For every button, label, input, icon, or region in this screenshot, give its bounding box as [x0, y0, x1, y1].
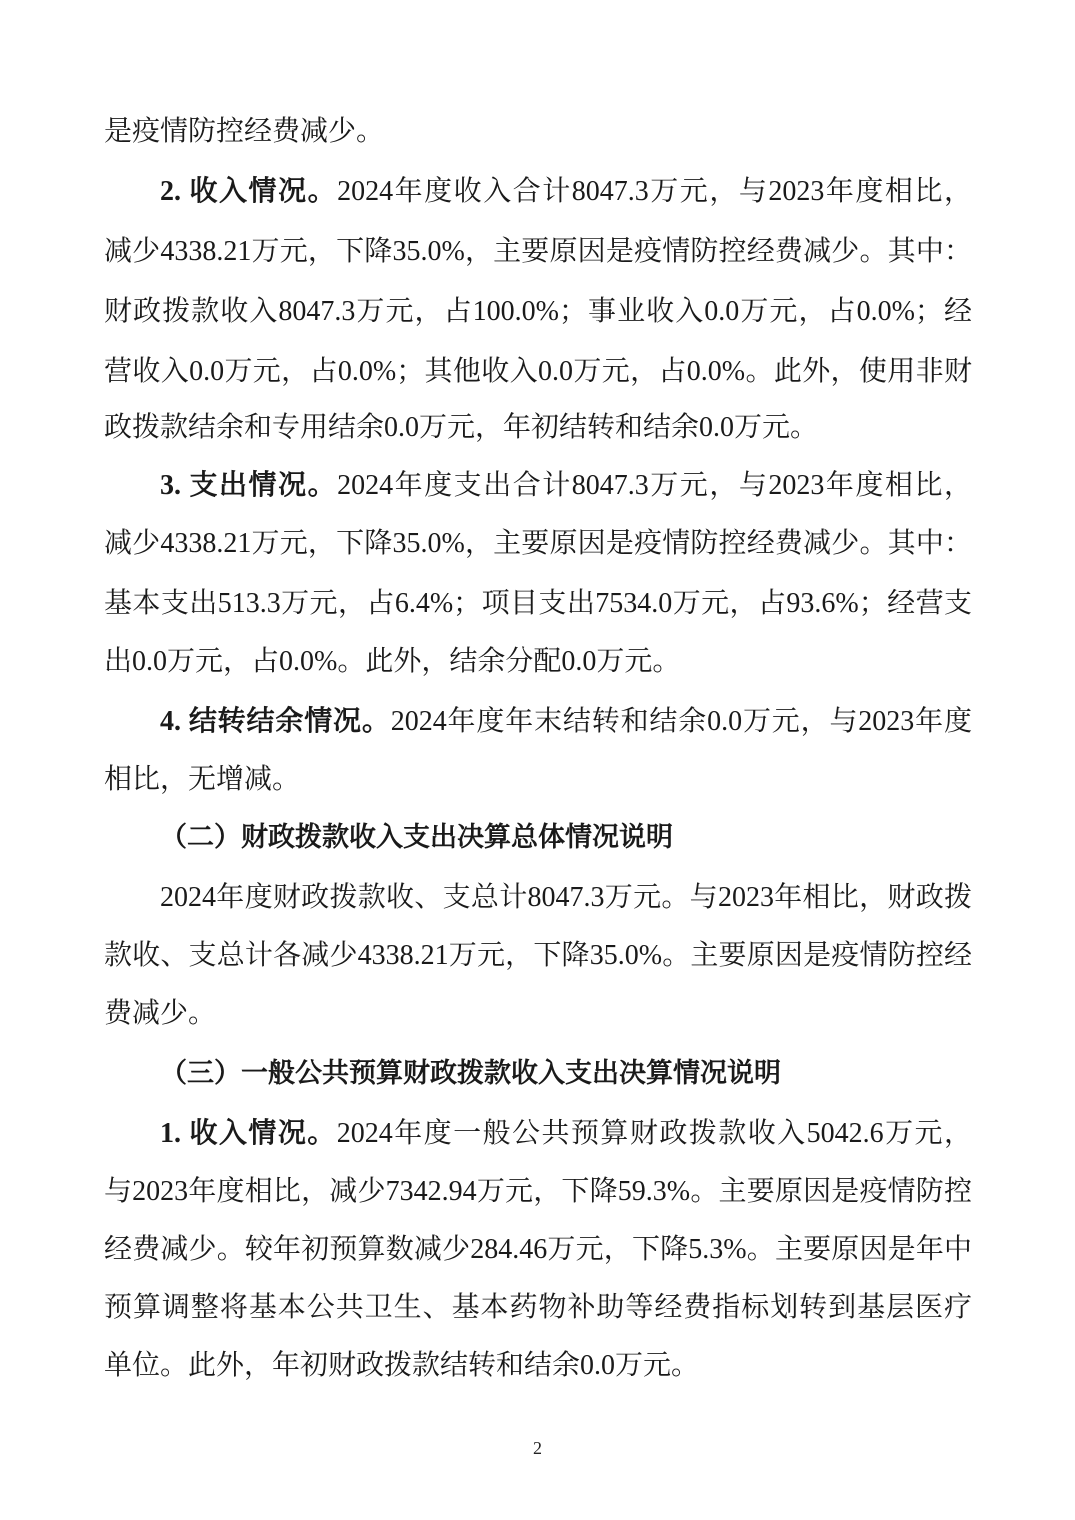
paragraph-line: 与2023年度相比，减少7342.94万元，下降59.3%。主要原因是疫情防控	[104, 1172, 972, 1212]
line-text: 出0.0万元，占0.0%。此外，结余分配0.0万元。	[104, 646, 680, 677]
line-text: 2024年度支出合计8047.3万元，与2023年度相比，	[337, 470, 972, 501]
paragraph-line: 相比，无增减。	[104, 760, 972, 800]
paragraph-line: 减少4338.21万元，下降35.0%，主要原因是疫情防控经费减少。其中：	[104, 232, 972, 272]
line-text: 2024年度年末结转和结余0.0万元，与2023年度	[391, 706, 972, 737]
line-text: 政拨款结余和专用结余0.0万元，年初结转和结余0.0万元。	[104, 412, 818, 443]
line-text: 是疫情防控经费减少。	[104, 116, 384, 147]
paragraph-line: 政拨款结余和专用结余0.0万元，年初结转和结余0.0万元。	[104, 408, 972, 448]
line-text: 款收、支总计各减少4338.21万元，下降35.0%。主要原因是疫情防控经	[104, 940, 972, 971]
section-gpb-income-heading-line: 1. 收入情况。2024年度一般公共预算财政拨款收入5042.6万元，	[160, 1114, 972, 1154]
section-heading-3: （三）一般公共预算财政拨款收入支出决算情况说明	[160, 1054, 781, 1094]
document-page: 是疫情防控经费减少。 2. 收入情况。2024年度收入合计8047.3万元，与2…	[0, 0, 1075, 1520]
item-label-expenditure: 3. 支出情况。	[160, 470, 337, 501]
line-text: 2024年度一般公共预算财政拨款收入5042.6万元，	[337, 1118, 972, 1149]
line-text: 经费减少。较年初预算数减少284.46万元，下降5.3%。主要原因是年中	[104, 1234, 972, 1265]
line-text: 单位。此外，年初财政拨款结转和结余0.0万元。	[104, 1350, 699, 1381]
paragraph-line: 是疫情防控经费减少。	[104, 112, 972, 152]
line-text: 2024年度收入合计8047.3万元，与2023年度相比，	[337, 176, 972, 207]
paragraph-line: 财政拨款收入8047.3万元，占100.0%；事业收入0.0万元，占0.0%；经	[104, 292, 972, 332]
paragraph-line: 减少4338.21万元，下降35.0%，主要原因是疫情防控经费减少。其中：	[104, 524, 972, 564]
line-text: 预算调整将基本公共卫生、基本药物补助等经费指标划转到基层医疗	[104, 1292, 972, 1323]
line-text: 减少4338.21万元，下降35.0%，主要原因是疫情防控经费减少。其中：	[104, 528, 972, 559]
line-text: 与2023年度相比，减少7342.94万元，下降59.3%。主要原因是疫情防控	[104, 1176, 972, 1207]
paragraph-line: 款收、支总计各减少4338.21万元，下降35.0%。主要原因是疫情防控经	[104, 936, 972, 976]
paragraph-line: 单位。此外，年初财政拨款结转和结余0.0万元。	[104, 1346, 972, 1386]
paragraph-line: 出0.0万元，占0.0%。此外，结余分配0.0万元。	[104, 642, 972, 682]
line-text: 营收入0.0万元，占0.0%；其他收入0.0万元，占0.0%。此外，使用非财	[104, 356, 972, 387]
line-text: 2024年度财政拨款收、支总计8047.3万元。与2023年相比，财政拨	[160, 882, 972, 913]
section-expenditure-heading-line: 3. 支出情况。2024年度支出合计8047.3万元，与2023年度相比，	[160, 466, 972, 506]
paragraph-line: 基本支出513.3万元，占6.4%；项目支出7534.0万元，占93.6%；经营…	[104, 584, 972, 624]
paragraph-line: 预算调整将基本公共卫生、基本药物补助等经费指标划转到基层医疗	[104, 1288, 972, 1328]
heading-text: （三）一般公共预算财政拨款收入支出决算情况说明	[160, 1058, 781, 1089]
paragraph-line: 2024年度财政拨款收、支总计8047.3万元。与2023年相比，财政拨	[160, 878, 972, 918]
section-income-heading-line: 2. 收入情况。2024年度收入合计8047.3万元，与2023年度相比，	[160, 172, 972, 212]
page-number: 2	[0, 1436, 1075, 1460]
paragraph-line: 经费减少。较年初预算数减少284.46万元，下降5.3%。主要原因是年中	[104, 1230, 972, 1270]
paragraph-line: 费减少。	[104, 994, 972, 1034]
line-text: 费减少。	[104, 998, 216, 1029]
line-text: 财政拨款收入8047.3万元，占100.0%；事业收入0.0万元，占0.0%；经	[104, 296, 972, 327]
item-label-carryover: 4. 结转结余情况。	[160, 706, 391, 737]
line-text: 相比，无增减。	[104, 764, 300, 795]
line-text: 减少4338.21万元，下降35.0%，主要原因是疫情防控经费减少。其中：	[104, 236, 972, 267]
item-label-gpb-income: 1. 收入情况。	[160, 1118, 337, 1149]
item-label-income: 2. 收入情况。	[160, 176, 337, 207]
heading-text: （二）财政拨款收入支出决算总体情况说明	[160, 822, 673, 853]
section-heading-2: （二）财政拨款收入支出决算总体情况说明	[160, 818, 673, 858]
line-text: 基本支出513.3万元，占6.4%；项目支出7534.0万元，占93.6%；经营…	[104, 588, 972, 619]
paragraph-line: 营收入0.0万元，占0.0%；其他收入0.0万元，占0.0%。此外，使用非财	[104, 352, 972, 392]
section-carryover-heading-line: 4. 结转结余情况。2024年度年末结转和结余0.0万元，与2023年度	[160, 702, 972, 742]
